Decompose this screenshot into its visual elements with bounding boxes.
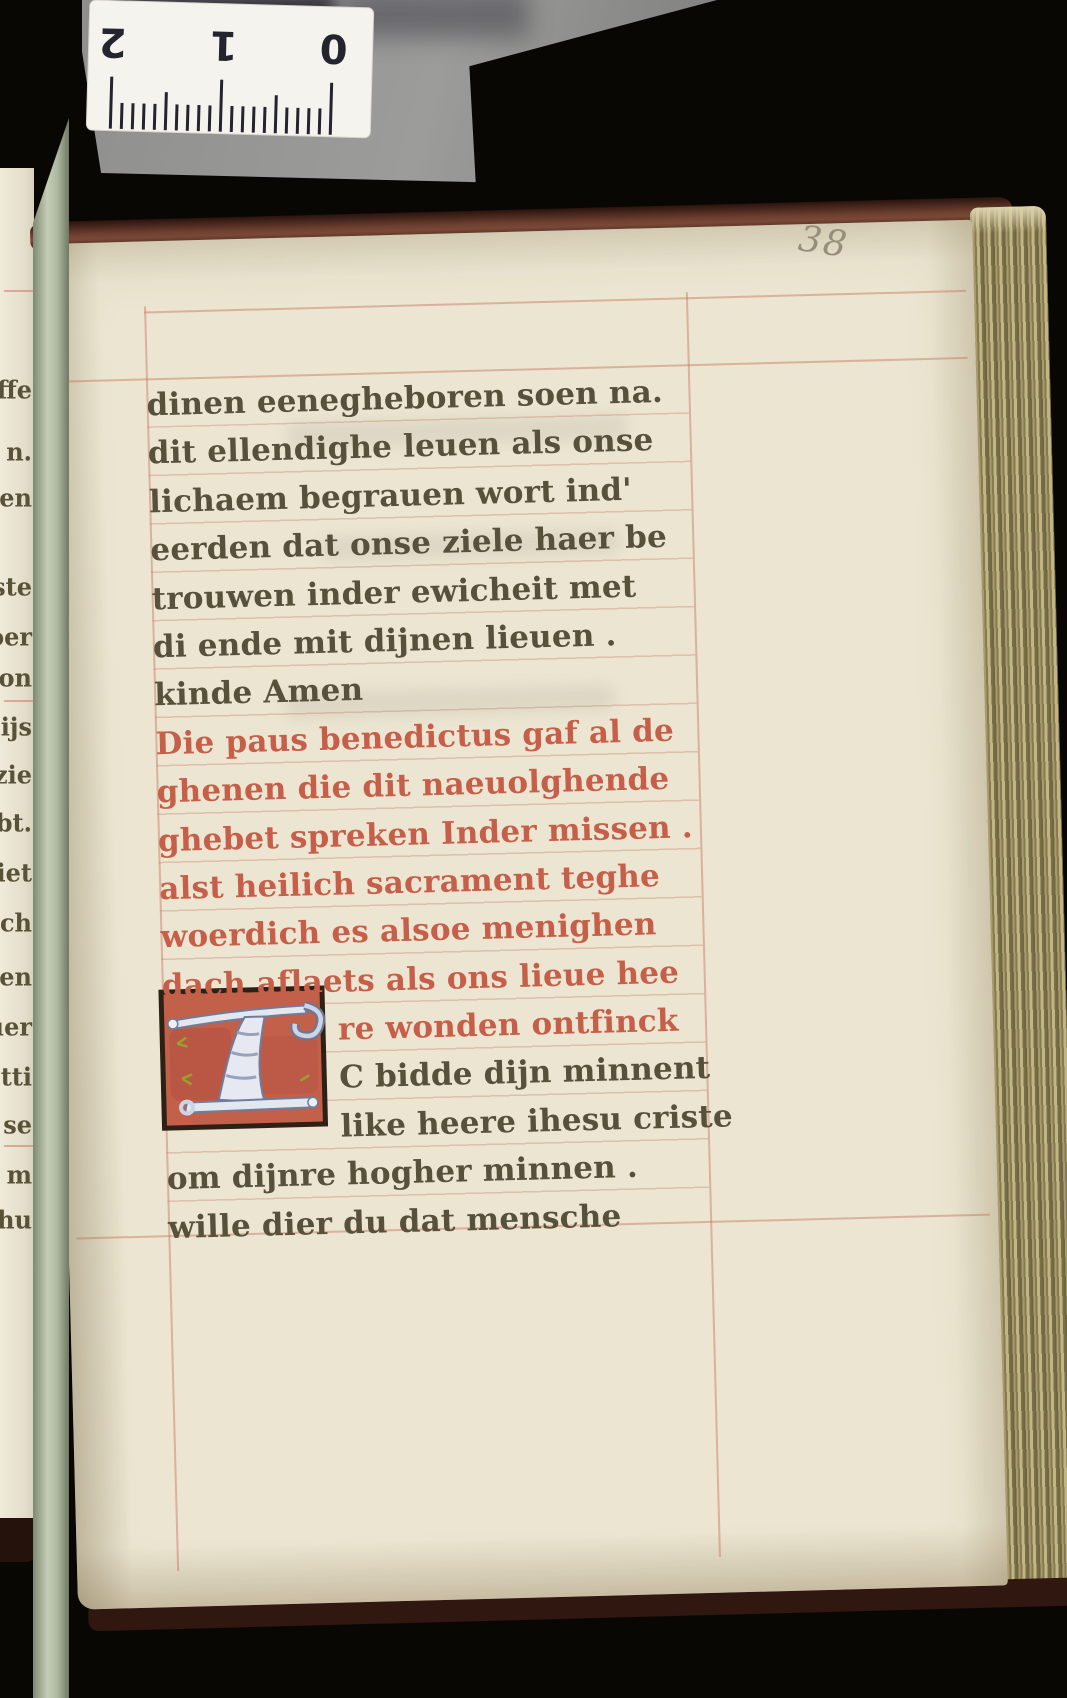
manuscript-text: dinen eenegheboren soen na.: [146, 374, 663, 424]
text-block: dinen eenegheboren soen na.dit ellendigh…: [146, 366, 749, 1252]
folio-number: 38: [796, 218, 851, 266]
manuscript-text: dach aflaets als ons lieue hee: [161, 954, 679, 1004]
glass-strip: [33, 118, 69, 1698]
manuscript-text: wille dier du dat mensche: [168, 1198, 622, 1246]
facing-page-text-fragment: ch: [0, 907, 32, 937]
manuscript-page: 38 dinen eenegheboren soen na.dit elle: [42, 220, 1007, 1610]
facing-page-ruling-fragment: [4, 1145, 34, 1147]
manuscript-text: C bidde dijn minnent: [339, 1050, 711, 1096]
facing-page-text-fragment: t zie: [0, 759, 32, 789]
manuscript-text: alst heilich sacrament teghe: [159, 858, 661, 907]
facing-cover-edge: [0, 1518, 36, 1562]
facing-page-text-fragment: doer: [0, 621, 32, 651]
facing-page-ruling-fragment: [4, 700, 34, 702]
facing-page-text-fragment: on: [0, 662, 32, 692]
facing-page-text-fragment: hen: [0, 961, 32, 991]
facing-page-text-fragment: ste: [0, 571, 32, 601]
manuscript-text: om dijnre hogher minnen .: [166, 1149, 638, 1197]
ruler-label-0: 0: [319, 24, 348, 71]
facing-page-text-fragment: hu: [0, 1204, 32, 1234]
manuscript-text: di ende mit dijnen lieuen .: [152, 617, 617, 665]
manuscript-text: ghenen die dit naeuolghende: [156, 761, 669, 810]
manuscript-text: trouwen inder ewicheit met: [151, 568, 636, 617]
manuscript-text: like heere ihesu criste: [340, 1098, 733, 1144]
ruler-label-2: 2: [98, 18, 127, 65]
manuscript-text: re wonden ontfinck: [338, 1003, 679, 1048]
facing-page-text-fragment: m: [7, 1159, 32, 1189]
facing-page-text-fragment: se: [3, 1109, 32, 1139]
manuscript-photo-scene: { "scene": { "description_colors": { "ba…: [0, 0, 1067, 1698]
facing-page-text-fragment: niet: [0, 857, 32, 887]
facing-page-text-fragment: ouer: [0, 1011, 32, 1041]
scene: effen.enstedoerondijst ziebt.nietchhenou…: [0, 0, 1067, 1698]
ruler: 2 1 0: [84, 0, 380, 142]
facing-page-text-fragment: en: [0, 482, 32, 512]
facing-page-text-fragment: dijs: [0, 711, 32, 741]
book: 38 dinen eenegheboren soen na.dit elle: [21, 182, 1067, 1640]
ruler-label-1: 1: [209, 21, 238, 68]
manuscript-text: Die paus benedictus gaf al de: [155, 712, 674, 762]
facing-page-text-fragment: otti: [0, 1061, 32, 1091]
manuscript-text: dit ellendighe leuen als onse: [147, 423, 653, 472]
manuscript-text: kinde Amen: [154, 672, 364, 713]
facing-page-text-fragment: bt.: [0, 807, 32, 837]
manuscript-text: lichaem begrauen wort ind': [149, 472, 633, 521]
ruling-horizontal-top: [144, 290, 966, 313]
manuscript-text: ghebet spreken Inder missen .: [158, 809, 694, 859]
manuscript-text: woerdich es alsoe menighen: [160, 907, 657, 956]
manuscript-text: eerden dat onse ziele haer be: [150, 519, 667, 569]
